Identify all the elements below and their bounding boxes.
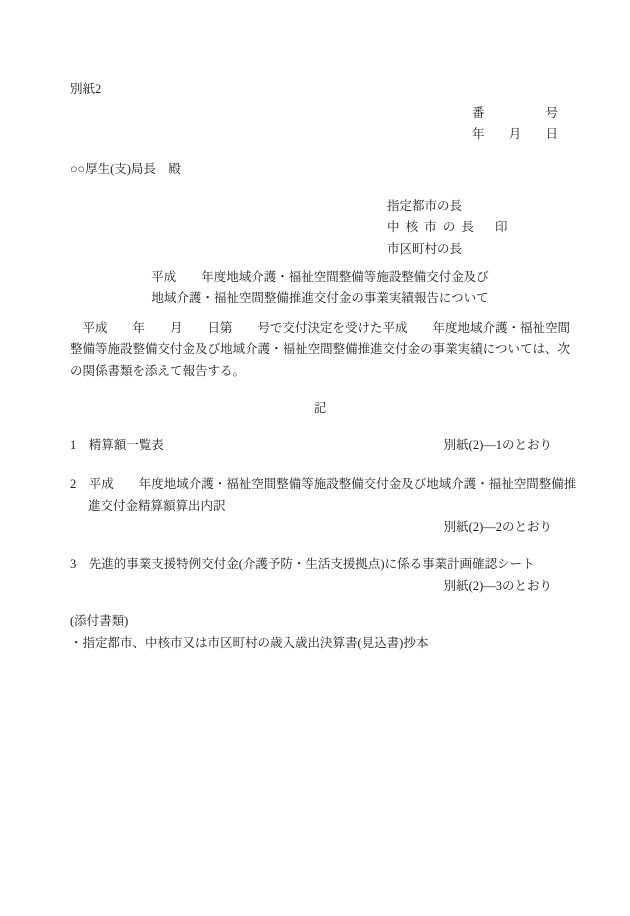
doc-title-line2: 地域介護・福祉空間整備推進交付金の事業実績報告について — [70, 288, 570, 309]
date-year: 年 — [472, 124, 485, 142]
item3-text: 3 先進的事業支援特例交付金(介護予防・生活支援拠点)に係る事業計画確認シート — [70, 554, 570, 576]
attachment-label: 別紙2 — [70, 79, 101, 97]
document-page: 別紙2 番 号 年 月 日 ○○厚生(支)局長 殿 指定都市の長 中核市の長印 … — [0, 0, 630, 916]
body-line3: の関係書類を添えて報告する。 — [70, 361, 570, 382]
sender-block: 指定都市の長 中核市の長印 市区町村の長 — [387, 196, 508, 260]
sender-designated-city: 指定都市の長 — [387, 196, 508, 217]
item1-text: 1 精算額一覧表 — [70, 435, 164, 453]
list-item-2: 2 平成 年度地域介護・福祉空間整備等施設整備交付金及び地域介護・福祉空間整備推… — [70, 474, 570, 539]
item2-line2: 進交付金精算額算出内訳 — [70, 496, 570, 518]
sender-core-city: 中核市の長 — [387, 220, 480, 234]
body-line2: 整備等施設整備交付金及び地域介護・福祉空間整備推進交付金の事業実績については、次 — [70, 339, 570, 360]
body-line1: 平成 年 月 日第 号で交付決定を受けた平成 年度地域介護・福祉空間 — [70, 318, 570, 339]
sender-core-city-line: 中核市の長印 — [387, 217, 508, 238]
body-paragraph: 平成 年 月 日第 号で交付決定を受けた平成 年度地域介護・福祉空間 整備等施設… — [70, 318, 570, 382]
recipient-line: ○○厚生(支)局長 殿 — [70, 159, 181, 177]
list-item-1: 1 精算額一覧表 別紙(2)―1のとおり — [70, 435, 570, 453]
item2-line1: 2 平成 年度地域介護・福祉空間整備等施設整備交付金及び地域介護・福祉空間整備推 — [70, 474, 570, 496]
item1-ref: 別紙(2)―1のとおり — [444, 435, 570, 453]
attachments-block: (添付書類) ・指定都市、中核市又は市区町村の歳入歳出決算書(見込書)抄本 — [70, 611, 570, 654]
attachments-item: ・指定都市、中核市又は市区町村の歳入歳出決算書(見込書)抄本 — [70, 633, 570, 655]
attachments-heading: (添付書類) — [70, 611, 570, 633]
list-item-3: 3 先進的事業支援特例交付金(介護予防・生活支援拠点)に係る事業計画確認シート … — [70, 554, 570, 597]
ki-marker: 記 — [70, 398, 570, 416]
sender-municipality: 市区町村の長 — [387, 239, 508, 260]
doc-title-line1: 平成 年度地域介護・福祉空間整備等施設整備交付金及び — [70, 267, 570, 288]
date-line: 年 月 日 — [472, 124, 558, 142]
item3-ref: 別紙(2)―3のとおり — [70, 576, 570, 598]
doc-number-line: 番 号 — [472, 103, 558, 121]
item2-ref: 別紙(2)―2のとおり — [70, 517, 570, 539]
seal-mark: 印 — [495, 220, 508, 234]
date-day: 日 — [545, 124, 558, 142]
doc-number-go: 号 — [545, 103, 558, 121]
doc-number-ban: 番 — [472, 103, 485, 121]
doc-title: 平成 年度地域介護・福祉空間整備等施設整備交付金及び 地域介護・福祉空間整備推進… — [70, 267, 570, 309]
date-month: 月 — [509, 124, 522, 142]
